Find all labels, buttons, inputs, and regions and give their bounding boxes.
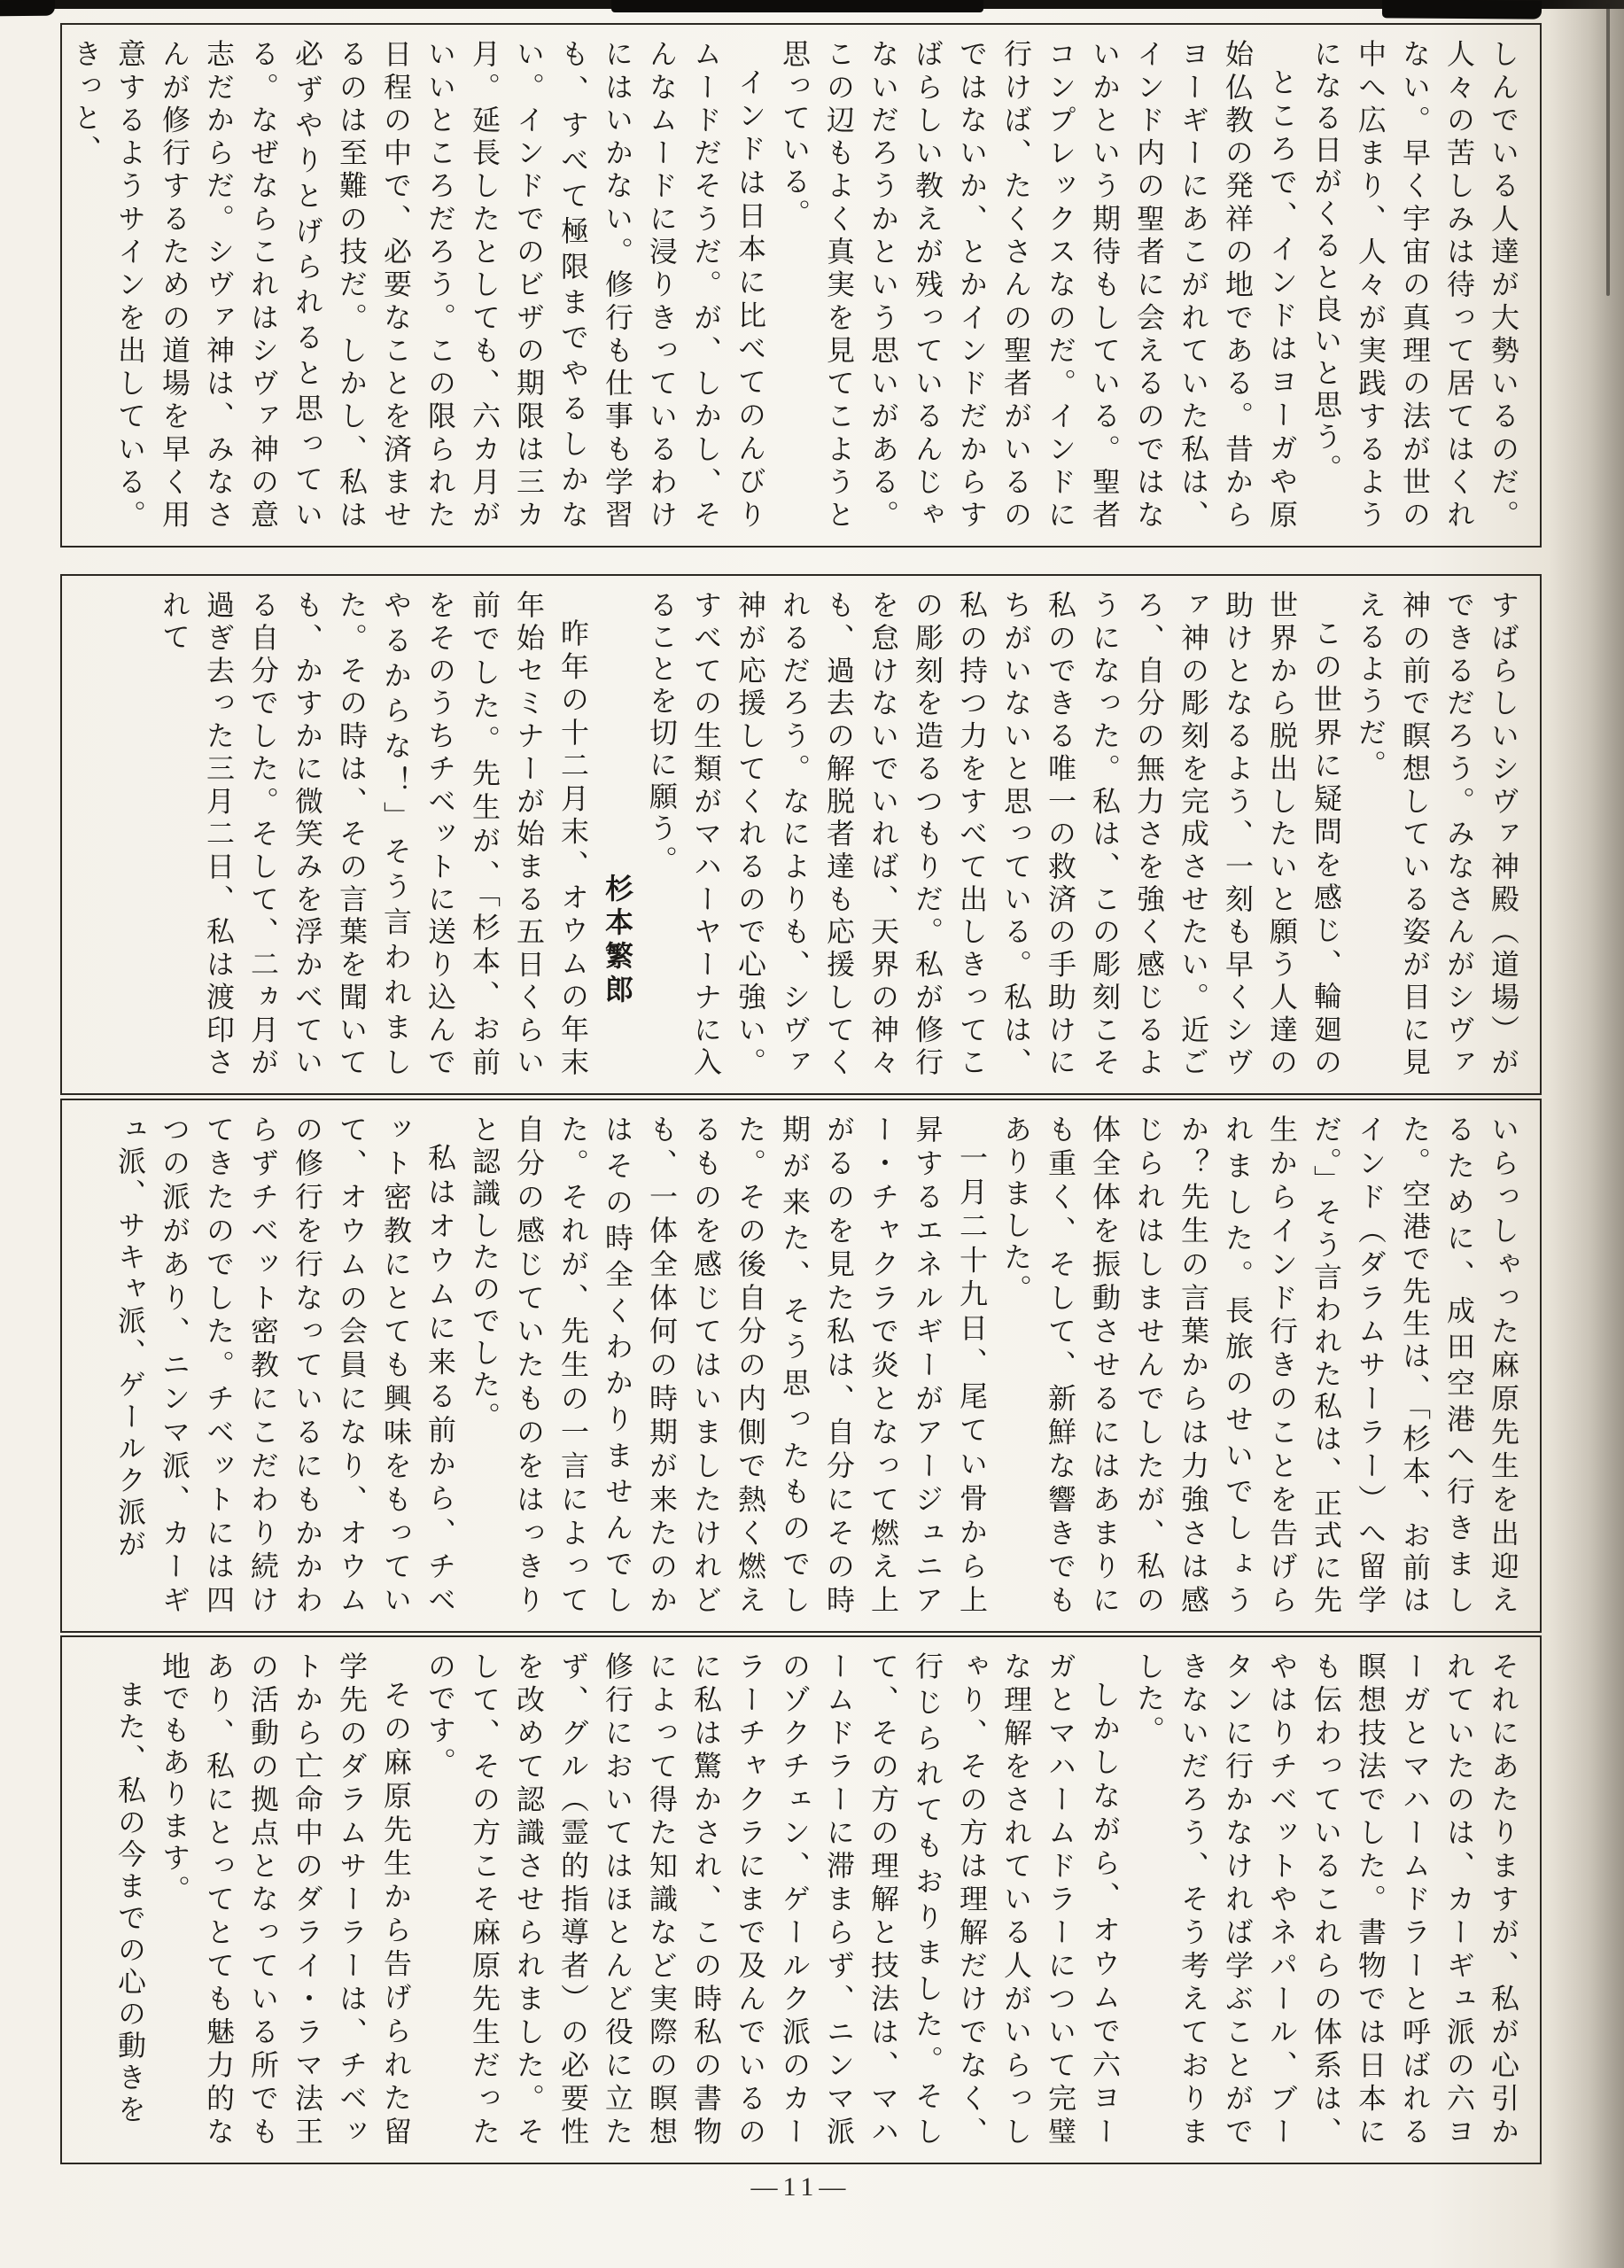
paragraph: 私はオウムに来る前から、チベット密教にとても興味をもっていて、オウムの会員になり…: [108, 1115, 462, 1617]
paragraph: すばらしいシヴァ神殿（道場）ができるだろう。みなさんがシヴァ神の前で瞑想している…: [1348, 590, 1526, 1079]
document-page: しんでいる人達が大勢いるのだ。人々の苦しみは待って居てはくれない。早く宇宙の真理…: [0, 0, 1624, 2268]
band-4-text: それにあたりますが、私が心引かれていたのは、カーギュ派の六ヨーガとマハームドラー…: [62, 1637, 1540, 2163]
paragraph: 昨年の十二月末、オウムの年末年始セミナーが始まる五日くらい前でした。先生が、「杉…: [152, 590, 595, 1079]
paragraph: いらっしゃった麻原先生を出迎えるために、成田空港へ行きました。空港で先生は、「杉…: [994, 1115, 1526, 1617]
paragraph: しかしながら、オウムで六ヨーガとマハームドラーについて完璧な理解をされている人が…: [418, 1651, 1127, 2148]
band-1-text: しんでいる人達が大勢いるのだ。人々の苦しみは待って居てはくれない。早く宇宙の真理…: [62, 25, 1540, 546]
scan-edge-artifact-top-middle: [611, 0, 983, 12]
scan-edge-artifact-top-right: [1382, 0, 1542, 19]
paragraph: それにあたりますが、私が心引かれていたのは、カーギュ派の六ヨーガとマハームドラー…: [1127, 1651, 1526, 2148]
text-band-2: すばらしいシヴァ神殿（道場）ができるだろう。みなさんがシヴァ神の前で瞑想している…: [60, 574, 1542, 1095]
text-band-1: しんでいる人達が大勢いるのだ。人々の苦しみは待って居てはくれない。早く宇宙の真理…: [60, 23, 1542, 548]
scan-edge-artifact-top-left: [0, 0, 55, 16]
text-band-4: それにあたりますが、私が心引かれていたのは、カーギュ派の六ヨーガとマハームドラー…: [60, 1635, 1542, 2164]
author-signature: 杉本繁郎: [595, 590, 640, 1079]
page-edge-shadow: [1549, 0, 1624, 2268]
paragraph: この世界に疑問を感じ、輪廻の世界から脱出したいと願う人達の助けとなるよう、一刻も…: [640, 590, 1348, 1079]
paragraph: ところで、インドはヨーガや原始仏教の発祥の地である。昔からヨーギーにあこがれてい…: [773, 39, 1304, 532]
paragraph: しんでいる人達が大勢いるのだ。人々の苦しみは待って居てはくれない。早く宇宙の真理…: [1304, 39, 1526, 532]
paragraph: その麻原先生から告げられた留学先のダラムサーラーは、チベットから亡命中のダライ・…: [152, 1651, 418, 2148]
paragraph: また、私の今までの心の動きを: [108, 1651, 152, 2148]
text-band-3: いらっしゃった麻原先生を出迎えるために、成田空港へ行きました。空港で先生は、「杉…: [60, 1099, 1542, 1633]
paragraph: 一月二十九日、尾てい骨から上昇するエネルギーがアージュニアー・チャクラで炎となっ…: [462, 1115, 994, 1617]
paragraph: インドは日本に比べてのんびりムードだそうだ。が、しかし、そんなムードに浸りきって…: [64, 39, 773, 532]
band-2-text: すばらしいシヴァ神殿（道場）ができるだろう。みなさんがシヴァ神の前で瞑想している…: [62, 576, 1540, 1093]
page-edge-line: [1606, 4, 1610, 296]
band-3-text: いらっしゃった麻原先生を出迎えるために、成田空港へ行きました。空港で先生は、「杉…: [62, 1100, 1540, 1631]
page-number: —11—: [60, 2172, 1542, 2202]
